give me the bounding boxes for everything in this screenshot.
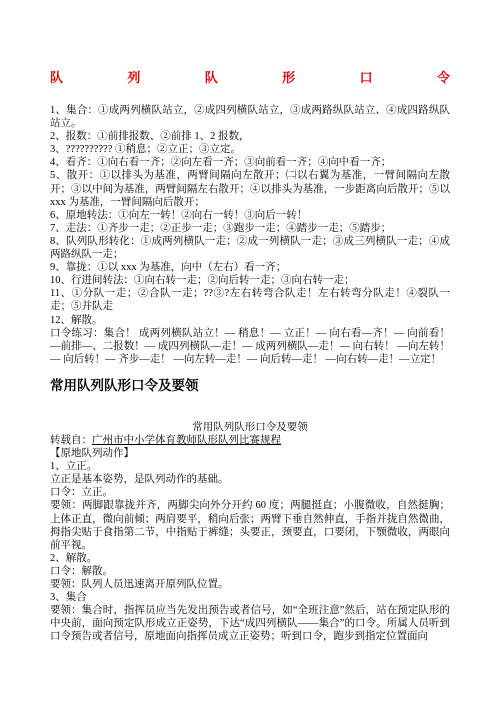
section-line: 1、立正。 [50, 460, 450, 473]
section-body: 1、立正。 立正是基本姿势，是队列动作的基础。 口令：立正。 要领：两脚跟靠拢并… [50, 460, 450, 643]
section-line: 3、集合 [50, 591, 450, 604]
command-item: 4、看齐：①向右看一齐；②向左看一齐；③向前看一齐；④向中看一齐； [50, 156, 450, 169]
section-line: 要领：队列人员迅速离开原列队位置。 [50, 578, 450, 591]
source-link[interactable]: 广州市中小学体育教师队形队列比赛规程 [92, 435, 281, 446]
subsection-header: 【原地队列动作】 [50, 447, 450, 460]
command-item: 6、原地转法：①向左一转！②向右一转！③向后一转！ [50, 209, 450, 222]
section-line: 要领：集合时，指挥员应当先发出预告或者信号，如“全班注意”然后，站在预定队形的中… [50, 604, 450, 643]
title-char: 列 [127, 70, 140, 85]
section-line: 口令：解散。 [50, 565, 450, 578]
title-char: 令 [437, 70, 450, 85]
commands-list: 1、集合：①成两列横队站立，②成四列横队站立，③成两路纵队站立、④成四路纵队站立… [50, 104, 450, 366]
section-heading: 常用队列队形口令及要领 [50, 378, 450, 394]
source-line: 转载自：广州市中小学体育教师队形队列比赛规程 [50, 434, 450, 447]
command-item: 5、散开：①以排头为基准，两臂间隔向左散开；㈡以右翼为基准，一臂间隔向左散开；③… [50, 169, 450, 208]
section-line: 口令：立正。 [50, 486, 450, 499]
command-item: 2、报数：①前排报数、②前排 1、2 报数， [50, 130, 450, 143]
command-item: 8、队列队形转化：①成两列横队一走；②成一列横队一走；③成三列横队一走；④成两路… [50, 235, 450, 261]
title-char: 口 [360, 70, 373, 85]
command-item: 9、靠拢：①以 xxx 为基准，向中（左右）看一齐； [50, 261, 450, 274]
command-item: 12、解散。 [50, 314, 450, 327]
title-char: 队 [50, 70, 63, 85]
command-item: 3、?????????? ①稍息；②立正；③立定。 [50, 143, 450, 156]
section-line: 要领：两脚跟靠拢并齐，两脚尖向外分开约 60 度；两腿挺直；小腹微收，自然挺胸；… [50, 499, 450, 551]
document-page: 队 列 队 形 口 令 1、集合：①成两列横队站立，②成四列横队站立，③成两路纵… [0, 0, 496, 702]
title-char: 形 [282, 70, 295, 85]
section-subtitle: 常用队列队形口令及要领 [50, 421, 450, 434]
command-item: 11、①分队一走；②合队一走；??③?左右转弯合队走！左右转弯分队走！④裂队一走… [50, 287, 450, 313]
section-line: 2、解散。 [50, 552, 450, 565]
source-prefix-label: 转载自： [50, 435, 92, 446]
command-item: 10、行进间转法：①向右转一走；②向后转一走；③向右转一走； [50, 274, 450, 287]
command-item: 1、集合：①成两列横队站立，②成四列横队站立，③成两路纵队站立、④成四路纵队站立… [50, 104, 450, 130]
document-title: 队 列 队 形 口 令 [50, 70, 450, 85]
section-line: 立正是基本姿势，是队列动作的基础。 [50, 473, 450, 486]
command-practice-paragraph: 口令练习：集合！ 成两列横队站立！— 稍息！— 立正！— 向右看—齐！— 向前看… [50, 327, 450, 366]
command-item: 7、走法：①齐步一走；②正步一走；③跑步一走；④踏步一走；⑤踏步； [50, 222, 450, 235]
title-char: 队 [205, 70, 218, 85]
